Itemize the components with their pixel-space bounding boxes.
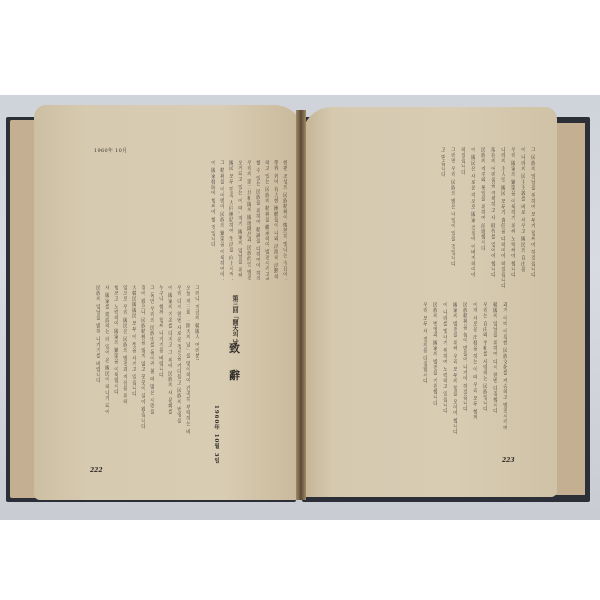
running-header: 1960年 10月 xyxy=(94,147,127,154)
title-char-2: 辭 xyxy=(229,367,240,383)
text-column: 이제 새로운 出發을 하는 이 때 우리 모두 함께 xyxy=(472,302,477,452)
page-number-left: 222 xyxy=(90,467,103,474)
text-column: 과거 이미 이룩한 民族文化를 계승하고 발전시키며 xyxy=(502,302,507,452)
book-gutter xyxy=(296,110,306,500)
text-column: 國家의 발전을 위해 우리 모두의 힘을 모아야 합니다 xyxy=(452,302,457,452)
text-column: 그 동안 우리의 民族史를 돌이켜 볼 때 많은 시련을 xyxy=(149,285,154,450)
text-column: 우리 다시 한번 새로운 정신을 가다듬고 民族의 번영을 xyxy=(176,285,181,450)
text-column: 하겠읍니다 xyxy=(460,147,465,297)
text-column: 고 믿습니다 xyxy=(440,147,445,297)
text-column: 이 나라의 民主主義를 바로 세우고 國民의 自由를 xyxy=(520,147,525,297)
text-column: 누구나 함께 힘써 나가기를 바랍니다 xyxy=(158,285,163,450)
text-column: 民族의 앞날을 밝혀 나가기를 바랍니다 xyxy=(95,285,100,450)
text-column: 民族精神을 높이 받들어 나가야 하겠읍니다 xyxy=(462,302,467,452)
page-edges-left xyxy=(10,120,36,498)
text-column: 이 國民은 새로운 각오로 國家 건설에 이바지하여야 xyxy=(470,147,475,297)
title-char-1: 致 xyxy=(229,340,240,356)
text-column: 앞으로 우리 國民은 民族의 발전과 자유를 위해 xyxy=(122,285,127,450)
right-page: 그 民族의 앞날을 위하여 모두가 힘써야 하겠읍니다이 나라의 民主主義를 바… xyxy=(302,107,557,497)
text-column: 우리 모두 새 결의를 다짐합시다 xyxy=(422,302,427,452)
text-column: 國民 모두 민족 大同團結하여 生活을 向上시켜 나가야 xyxy=(228,160,233,280)
page-number-right: 223 xyxy=(502,457,515,464)
speech-date: 1960年 10월 3일 xyxy=(212,405,220,464)
text-column: 韓國의 앞날을 위하여 다시 한번 다짐합시다 xyxy=(492,302,497,452)
text-column: 學界 外에 有力한 團體들이 나와 活潑히 活動하고 있읍니다 xyxy=(273,160,278,280)
text-column: 오늘 제三회 「開天의 날」을 맞이하여 간곡히 부탁하는 바 xyxy=(185,285,190,450)
text-column: 오게되고 있는 이 때, 자기 國家의 앞날을 위해 하겠읍니다 xyxy=(237,160,242,280)
text-column: 그 民族의 앞날을 위하여 모두가 힘써야 하겠읍니다 xyxy=(530,147,535,297)
text-column: 나라의 主人인 國民 모두가 責任을 다하여야 하겠읍니다 xyxy=(500,147,505,297)
page-edges-right xyxy=(555,123,585,495)
text-column: 이 國家의 기초를 다지고 그 위에 民族의 새 문화를 xyxy=(167,285,172,450)
text-column: 그러면 우리 民族의 밝은 내일이 있을 것입니다 xyxy=(450,147,455,297)
text-column: 우리 國家의 繁榮을 이룩하기 위해 노력해야 합니다 xyxy=(510,147,515,297)
left-page: 1960年 10月 한편 조상의 民族精神이 燦然히 빛나는 今日에 있어서도學… xyxy=(34,105,304,500)
text-column: 이 나라를 빛내기 위하여 노력하고 있읍니다 xyxy=(442,302,447,452)
text-column: 그 精神을 이어받아 民族의 繁榮을 이룩하여야 하겠읍니다 xyxy=(219,160,224,280)
text-column: 힘쓰고 노력하여 國家의 繁榮을 이룩합시다 xyxy=(113,285,118,450)
text-column: 겪어 왔으나 民族精神을 잃지 않고 꿋꿋이 살아 왔습니다 xyxy=(140,285,145,450)
text-column: 民族의 번영과 國家의 발전을 기원합니다 xyxy=(432,302,437,452)
text-column: 한편 조상의 民族精神이 燦然히 빛나는 今日에 있어서도 xyxy=(282,160,287,280)
text-column: 우리의 第二共和國의 國運隆昌과 民族的인 발전이 있어야 xyxy=(246,160,251,280)
text-column: 大韓民國國民 모두 이 뜻을 새기고 있읍니다 xyxy=(131,285,136,450)
text-column: 現在의 어려움을 극복하고 새 時代를 열어야 합니다 xyxy=(490,147,495,297)
text-column: 우리는 自由와 平和를 사랑하는 民族입니다 xyxy=(482,302,487,452)
text-column: 이 國家發展에 힘써야 할 것입니다 xyxy=(210,160,215,280)
text-column: 새 國家를 建設하는 데 있어 온 國民이 하나가 되어 xyxy=(104,285,109,450)
text-column: 할 수 있는 民族을 위하여 精誠을 다하여야 하겠읍니다 xyxy=(255,160,260,280)
text-column: 그러나 지금의 韓國人 여러분! xyxy=(194,285,199,450)
text-column: 하고 있는 民族의 精神을 繼承하여 발전시키고자 합니다 xyxy=(264,160,269,280)
book-photo: 1960年 10月 한편 조상의 民族精神이 燦然히 빛나는 今日에 있어서도學… xyxy=(0,95,600,520)
text-column: 民族의 자주와 통일을 위하여 前進합시다 xyxy=(480,147,485,297)
